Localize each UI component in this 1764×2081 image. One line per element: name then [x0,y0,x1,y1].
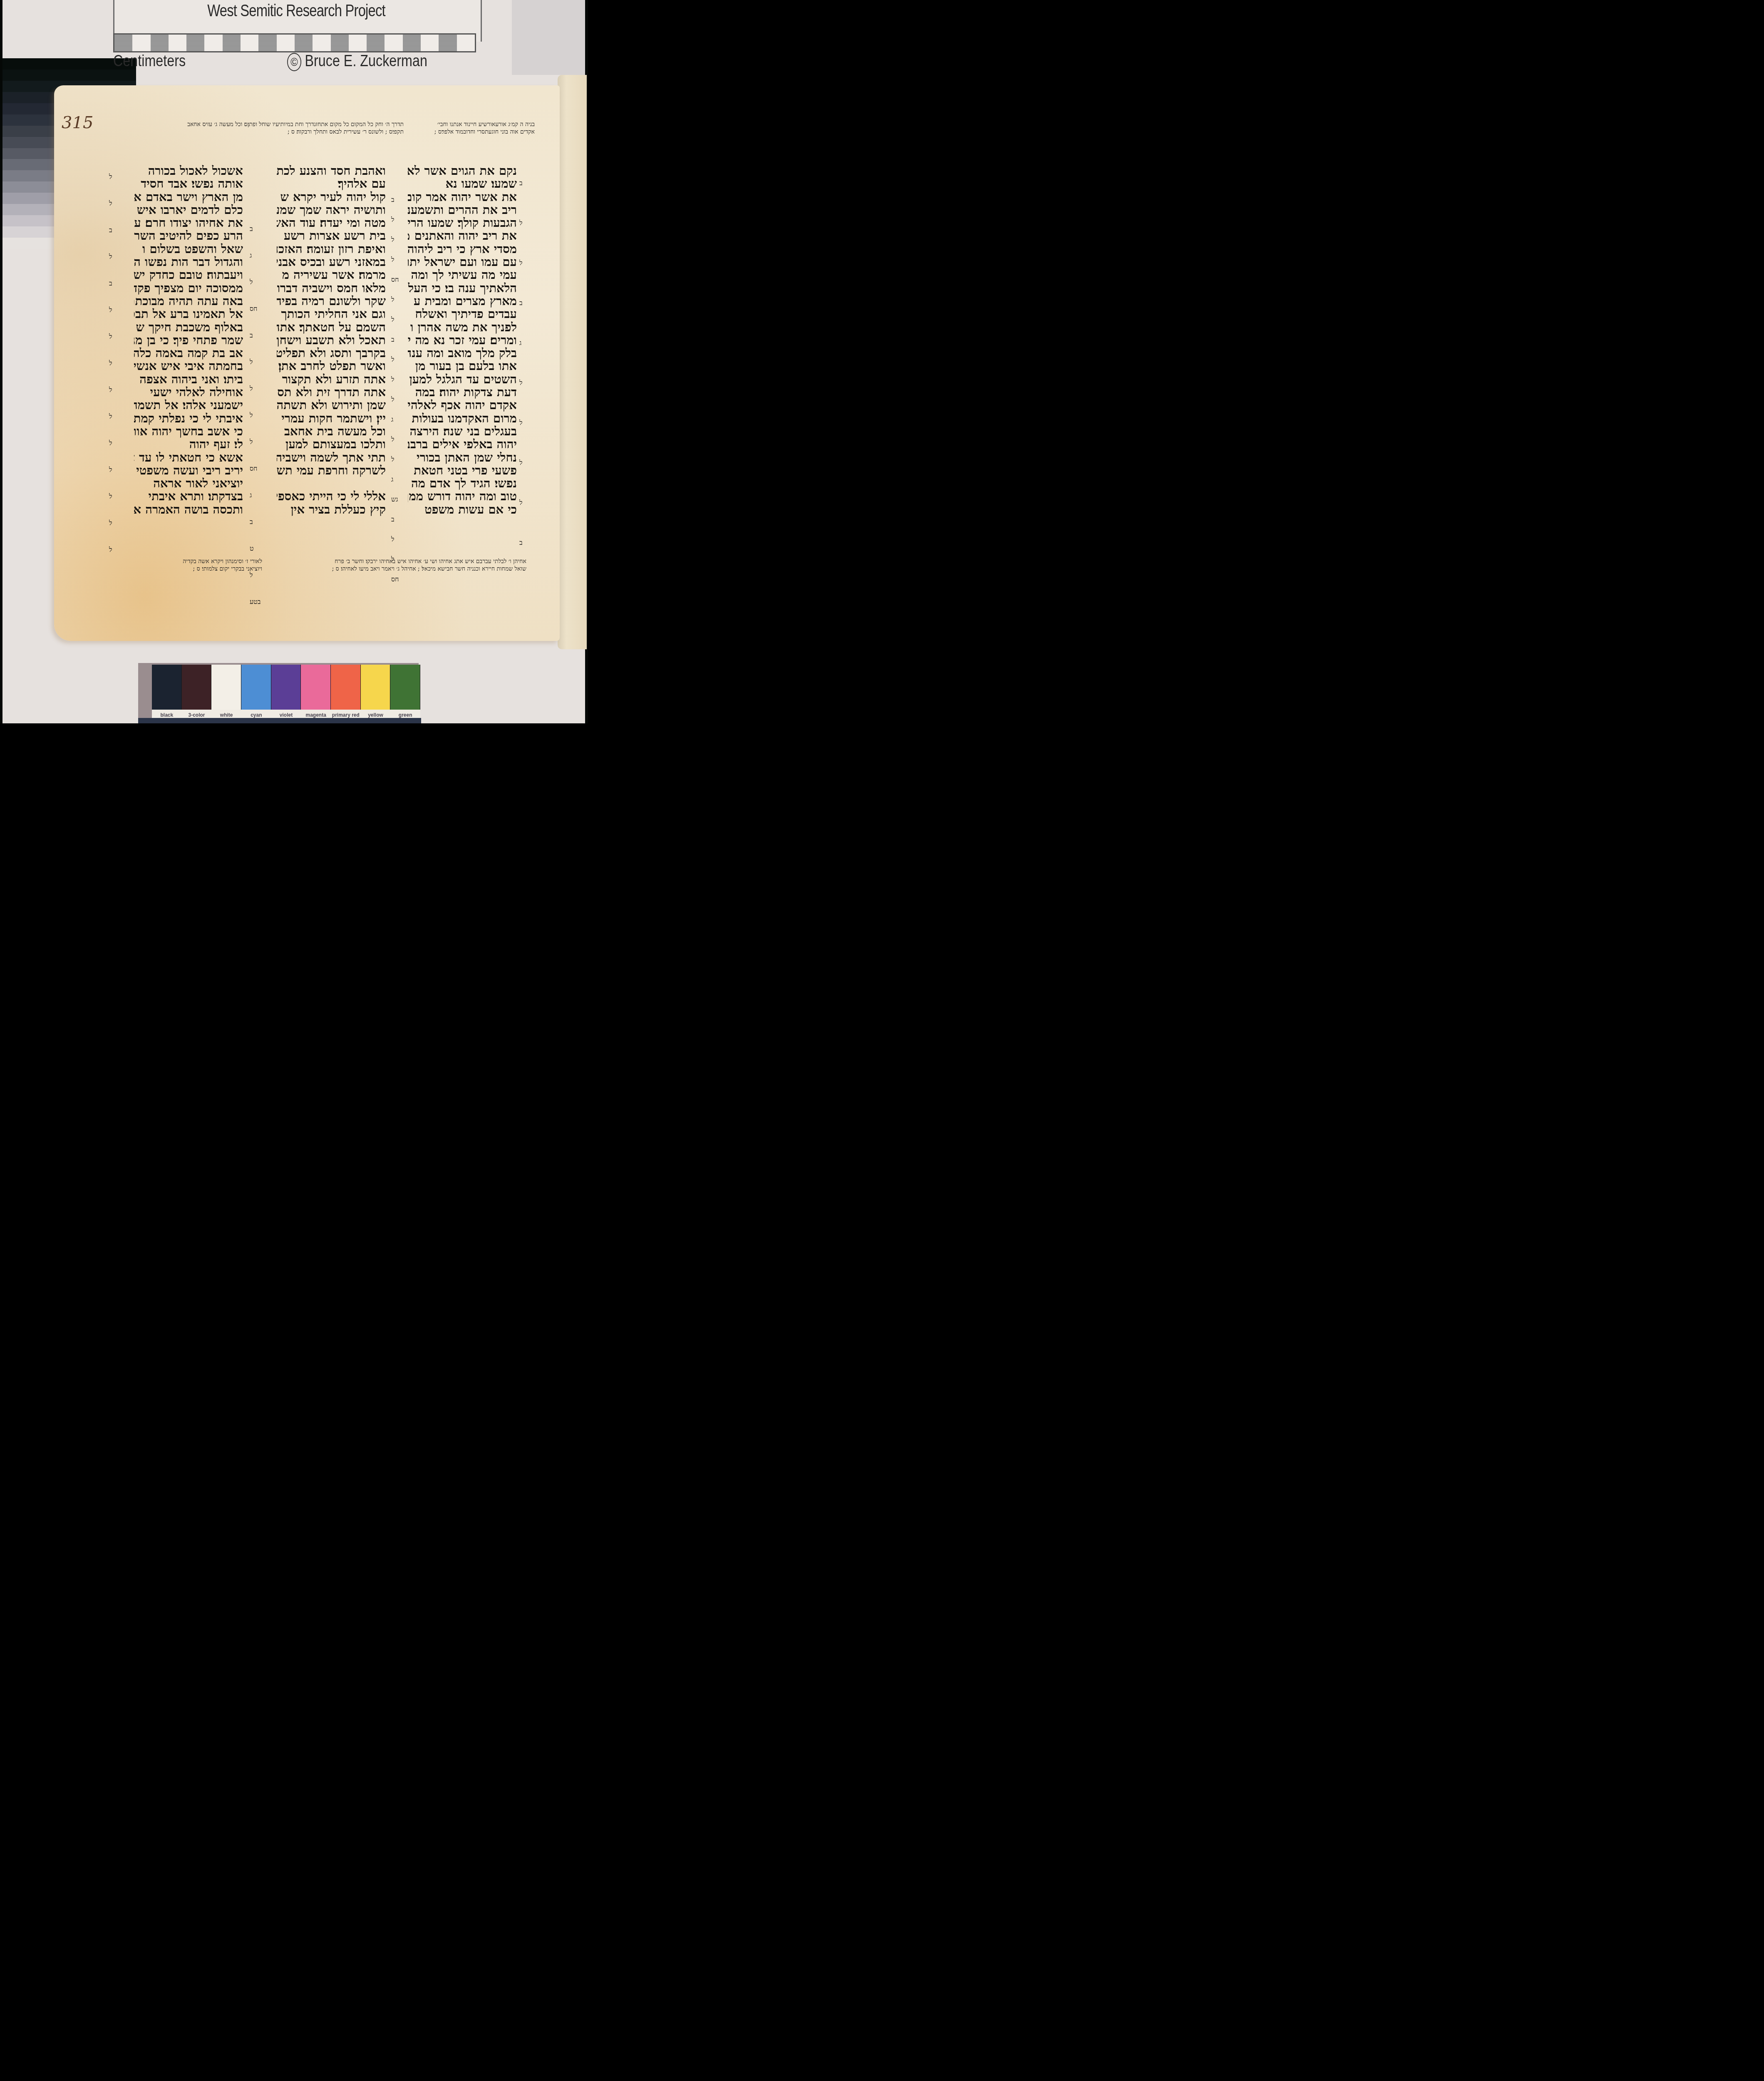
text-line: יוציאני לאור אראה [134,477,243,490]
margin-note: ג [391,415,393,424]
text-line: ואשר תפלט לחרב אתן׃ [277,360,386,372]
color-swatches [152,665,420,710]
ruler-segment [132,35,150,51]
color-swatch [301,665,331,710]
text-line: השמם על חטאתך׃ אתה [277,321,386,334]
text-line: ואהבת חסד והצנע לכת [277,164,386,177]
text-line: שמר פתחי פיך׃ כי בן מנבל [134,334,243,347]
masora-line: תקפי׃ס ; ולשונס ר׳ עשירית לבאס ותחלך ורב… [133,128,404,136]
margin-note: ב [391,515,394,524]
masora-line: אחיהן ו׳ לבלתי עברבם איש אתג אחיהו ושי ע… [275,558,526,565]
backdrop-shadow [512,0,585,75]
copyright-holder: Bruce E. Zuckerman [305,52,427,70]
margin-note: גש [391,495,398,504]
margin-note: ב [109,279,112,288]
masora-line: לאורי ז׳ וסימנהון ויקרא אשה בקדיה [137,558,262,565]
ruler-units-label: Centimeters [113,52,186,70]
text-line: מארץ מצרים ומבית ע [408,295,517,308]
ruler-segment [186,35,204,51]
margin-note: ב [109,226,112,234]
copyright-notice: ©Bruce E. Zuckerman [287,52,427,71]
margin-note: ל [109,199,112,208]
margin-note: ב [250,331,253,340]
text-line: לפניך את משה אהרן ו [408,321,517,334]
text-line: קיץ כעללת בציר אין [277,503,386,516]
text-line: לשרקה וחרפת עמי תשאו׃ [277,464,386,477]
margin-note: ל [391,535,394,544]
colorbar-base [138,718,421,723]
text-line: הגבעות קולך׃ שמעו הרים [408,216,517,229]
margin-note: ל [109,306,112,314]
margin-note: ב [250,225,253,233]
color-swatch [152,665,182,710]
text-line: הרע כפים להיטיב השר [134,229,243,242]
margin-note: ב [519,179,523,187]
text-column-left: אשכול לאכול בכורהאותה נפשי׃ אבד חסידמן ה… [134,164,243,516]
text-line: ומרים׃ עמי זכר נא מה יעץ [408,334,517,347]
masora-line: אקדים אוה בוני חוגעתסרי וחדובמוד אלפר׃ס … [410,128,535,136]
ruler-segment [331,35,349,51]
gray-step [2,70,136,81]
text-line: ותושיה יראה שמך שמעו [277,204,386,216]
text-line: שמן ותירוש ולא תשתה [277,399,386,412]
folio-number: 315 [62,113,93,132]
margin-note: ל [519,419,522,427]
text-line: מן הארץ וישר באדם אין [134,191,243,204]
text-line: יהוה באלפי אילים ברבבות [408,438,517,451]
margin-note: ל [250,411,253,420]
color-swatch [331,665,361,710]
ruler-segment [241,35,258,51]
text-line: מסדי ארץ כי ריב ליהוה [408,243,517,256]
text-line: דעת צדקות יהוה׃ במה [408,386,517,399]
text-line: יריב ריבי ועשה משפטי [134,464,243,477]
ruler-segment [151,35,169,51]
text-line: אותה נפשי׃ אבד חסיד [134,177,243,190]
text-line: נקם את הגוים אשר לא [408,164,517,177]
masora-line: שואל שמחות חיירא וכנניה חשר חבישא מיכאל׃… [275,565,526,573]
text-line: ממסוכה יום מצפיך פקדתך [134,282,243,295]
color-swatch [182,665,212,710]
text-line: בעגלים בני שנה׃ הירצה [408,425,517,438]
margin-note: ט [250,544,254,553]
text-line: באלוף משכבת חיקך ש [134,321,243,334]
text-line: בחמתה איבי איש אנשי [134,360,243,372]
margin-note: ל [391,435,394,444]
text-line: אל תאמינו ברע אל תבטחו [134,308,243,320]
text-line: אקדם יהוה אכף לאלהי [408,399,517,412]
text-line: הלאתיך ענה בי׃ כי העלתיך [408,282,517,295]
margin-note: ל [109,173,112,181]
text-line: בלק מלך מואב ומה ענה [408,347,517,360]
text-line: אללי לי כי הייתי כאספי [277,490,386,503]
text-line: אוחילה לאלהי ישעי [134,386,243,399]
text-line: שקר ולשונם רמיה בפיהם׃ [277,295,386,308]
masora-top-right: בניה ה קמ׳ג אורעאורשיע חיינוד אנתנו וחבי… [410,121,535,136]
text-line: ישמעני אלהי׃ אל תשמחי [134,399,243,412]
margin-note: ל [109,386,112,394]
margin-note: ל [391,375,394,384]
text-line: שאל והשפט בשלום ו [134,243,243,256]
margin-note: ל [109,333,112,341]
margin-note: ל [391,236,394,244]
margin-note: ב [391,196,394,204]
text-line: מרמה׃ אשר עשיריה מ [277,268,386,281]
margin-note: ל [109,253,112,261]
text-line: ותכסה בושה האמרה אלי [134,503,243,516]
masora-bottom-left: לאורי ז׳ וסימנהון ויקרא אשה בקדיה ויוציא… [137,558,262,573]
color-swatch [211,665,241,710]
text-line: עם אלהיך׃ [277,177,386,190]
text-line: קול יהוה לעיר יקרא ש [277,191,386,204]
text-line: פשעי פרי בטני חטאת [408,464,517,477]
masora-bottom-right: אחיהן ו׳ לבלתי עברבם איש אתג אחיהו ושי ע… [275,558,526,573]
ruler-segment [114,35,132,51]
text-line: עמי מה עשיתי לך ומה ה [408,268,517,281]
margin-note: ל [109,412,112,421]
text-line: באה עתה תהיה מבוכתם׃ [134,295,243,308]
project-title: West Semitic Research Project [146,2,447,20]
color-swatch [390,665,420,710]
text-line: את אחיהו יצודו חרם׃ על [134,216,243,229]
text-line: תאכל ולא תשבע וישחך [277,334,386,347]
margin-note: ל [109,546,112,554]
ruler-segment [313,35,330,51]
masora-line: תדרך ה׳ וחק כל המקום כל מקום אתחזנדרך וח… [133,121,404,128]
color-swatch [241,665,271,710]
margin-note: ל [109,492,112,501]
margin-note: ל [519,219,522,227]
text-line: שמעו׃ שמעו נא [408,177,517,190]
text-line: בית רשע אצרות רשע [277,229,386,242]
margin-note: ג [519,339,521,347]
text-line: לי׃ זעף יהוה [134,438,243,451]
text-column-middle: ואהבת חסד והצנע לכתעם אלהיך׃קול יהוה לעי… [277,164,386,516]
text-line: וגם אני החליתי הכותך [277,308,386,320]
ruler-segment [169,35,186,51]
margin-note: ב [250,518,253,526]
margin-note: ל [391,315,394,324]
masora-top-middle: תדרך ה׳ וחק כל המקום כל מקום אתחזנדרך וח… [133,121,404,136]
text-line: יין׃ וישתמר חקות עמרי [277,412,386,425]
text-line: עבדים פדיתיך ואשלח [408,308,517,320]
ruler-segment [277,35,295,51]
ruler-segment [385,35,402,51]
text-line: בקרבך ותסג ולא תפליט [277,347,386,360]
text-line: אב בת קמה באמה כלה [134,347,243,360]
ruler-segment [295,35,313,51]
margin-note: ג [250,491,252,499]
color-swatch [271,665,301,710]
ruler-segment [258,35,276,51]
margin-note: ל [519,379,522,387]
text-line: אתו בלעם בן בעור מן [408,360,517,372]
margin-note: חס [391,575,399,584]
text-line: בצדקתו׃ ותרא איבתי [134,490,243,503]
margin-note: ל [109,359,112,368]
margin-note: ל [250,438,253,446]
margin-note: ל [109,519,112,527]
margin-note: ל [109,439,112,447]
text-line: איבתי לי כי נפלתי קמתי [134,412,243,425]
text-line: כי אשב בחשך יהוה אור [134,425,243,438]
text-line: מטה ומי יעדה׃ עוד האש [277,216,386,229]
text-line: עם עמו ועם ישראל יתוכח [408,256,517,268]
margin-note: ב [391,335,394,344]
margin-note: ל [391,355,394,364]
color-swatch [361,665,391,710]
text-column-right: נקם את הגוים אשר לאשמעו׃ שמעו נאאת אשר י… [408,164,517,516]
text-line: ביתו׃ ואני ביהוה אצפה [134,373,243,386]
text-line: נחלי שמן האתן בכורי [408,451,517,464]
margin-note: ג [391,475,393,484]
text-line: טוב ומה יהוה דורש ממך [408,490,517,503]
text-line: וכל מעשה בית אחאב [277,425,386,438]
margin-note: ל [250,278,253,286]
ruler-segment [223,35,241,51]
text-line: מרום האקדמנו בעולות [408,412,517,425]
text-line: מלאו חמס וישביה דברו [277,282,386,295]
text-line: כי אם עשות משפט [408,503,517,516]
ruler-segment [367,35,385,51]
text-line: אתה תדרך זית ולא תסוך [277,386,386,399]
text-line: אשכול לאכול בכורה [134,164,243,177]
text-line: נפשי׃ הגיד לך אדם מה [408,477,517,490]
ruler-segment [349,35,367,51]
margin-note: חס [391,276,399,284]
margin-note: ל [391,455,394,464]
ruler-segment [403,35,421,51]
facing-page-edge [558,75,587,649]
margin-note: ל [109,466,112,474]
text-line: ויעבתוה׃ טובם כחדק ישר [134,268,243,281]
margin-note: ל [250,385,253,393]
centimeter-ruler [113,33,476,52]
text-line: ותלכו במעצותם למען [277,438,386,451]
margin-note: ב [519,539,523,547]
margin-note: חס [250,305,258,313]
text-line: השטים עד הגלגל למען [408,373,517,386]
text-line: ואיפת רזון זעומה׃ האזכה [277,243,386,256]
margin-note: ל [391,256,394,264]
margin-note: ל [519,259,522,267]
color-calibration-bar: black3-colorwhitecyanvioletmagentaprimar… [152,665,420,723]
margin-note: ב [519,299,523,307]
text-line: תתי אתך לשמה וישביה [277,451,386,464]
text-line: במאזני רשע ובכיס אבני [277,256,386,268]
margin-note: חס [250,464,258,473]
text-line: ריב את ההרים ותשמענה [408,204,517,216]
copyright-icon: © [287,53,301,71]
masora-line: ויוציאני בבקרי יקום צלמותי׃ ס ; [137,565,262,573]
text-line [277,477,386,490]
margin-note: ל [250,358,253,366]
text-line: אשא כי חטאתי לו עד אשר [134,451,243,464]
text-line: את אשר יהוה אמר קום [408,191,517,204]
margin-note: ל [391,296,394,304]
ruler-segment [204,35,222,51]
text-line: כלם לדמים יארבו איש [134,204,243,216]
masora-line: בניה ה קמ׳ג אורעאורשיע חיינוד אנתנו וחבי… [410,121,535,128]
margin-note: ל [391,216,394,224]
margin-note: ל [519,499,522,507]
margin-note: ל [519,459,522,467]
ruler-segment [439,35,457,51]
text-line: אתה תזרע ולא תקצור [277,373,386,386]
margin-note: ג [250,251,252,260]
text-line: והגדול דבר הות נפשו הוא [134,256,243,268]
ruler-segment [421,35,439,51]
margin-note: בטע [250,598,261,606]
text-line: את ריב יהוה והאתנים מ [408,229,517,242]
margin-note: ל [391,395,394,404]
ruler-segment [457,35,475,51]
